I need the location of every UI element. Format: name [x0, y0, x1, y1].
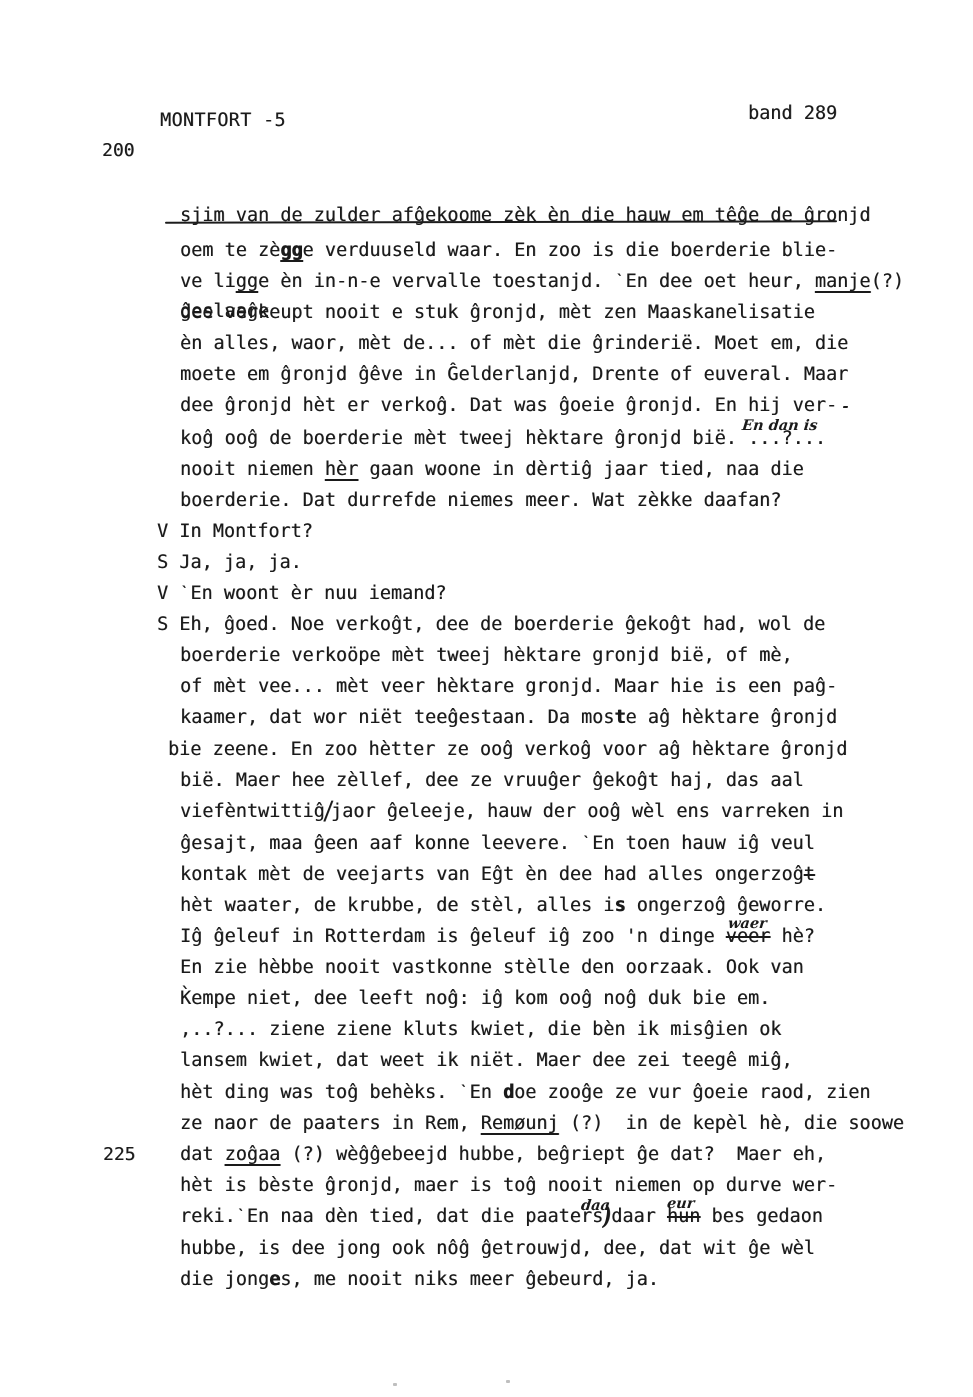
transcript-line: hèt waater, de krubbe, de stèl, alles is…: [180, 890, 904, 921]
transcript-line: boerderie. Dat durrefde niemes meer. Wat…: [180, 485, 904, 516]
scanned-document-page: MONTFORT -5 band 289 200 sjim van de zul…: [0, 0, 973, 1397]
band-number-label: band 289: [748, 103, 837, 124]
transcript-line: kaamer, dat wor niët teeĝestaan. Da most…: [180, 702, 904, 733]
transcript-line: lansem kwiet, dat weet ik niët. Maer dee…: [180, 1045, 904, 1076]
handwritten-annotation: daa: [580, 1199, 610, 1213]
text-segment: d: [503, 1082, 514, 1103]
annotated-word: veerwaer: [726, 921, 771, 952]
text-segment: t: [804, 864, 815, 885]
handwritten-mark: -: [837, 397, 848, 415]
transcript-line: ve ligge èn in-n-e vervalle toestanjd. ˋ…: [180, 266, 904, 297]
text-segment: Remøunj: [481, 1113, 559, 1134]
transcript-line: of mèt vee... mèt veer hèktare gronjd. M…: [180, 671, 904, 702]
transcript-body: oem te zègge verduuseld waar. En zoo is …: [180, 235, 904, 1295]
transcript-line: 225dat zoĝaa (?) wèĝĝebeejd hubbe, beĝri…: [180, 1139, 904, 1170]
transcript-line: nooit niemen hèr gaan woone in dèrtiĝ ja…: [180, 454, 904, 485]
transcript-line: viefèntwittiĝ/jaor ĝeleeje, hauw der ooĝ…: [180, 796, 904, 828]
intro-line: sjim van de zulder afĝekoome zèk èn die …: [180, 200, 871, 232]
transcript-line: ,..?... ziene ziene kluts kwiet, die bèn…: [180, 1014, 904, 1045]
transcript-line: bië. Maer hee zèllef, dee ze vruuĝer ĝek…: [180, 765, 904, 796]
handwritten-annotation: eur: [666, 1197, 695, 1211]
handwritten-annotation: En dan is: [741, 419, 818, 433]
annotated-word: ...?...En dan is: [748, 423, 826, 454]
transcript-line: ĝesajt, maa ĝeen aaf konne leevere. ˋEn …: [180, 828, 904, 859]
text-segment: gg: [236, 271, 258, 292]
transcript-line: hubbe, is dee jong ook nôĝ ĝetrouwjd, de…: [180, 1233, 904, 1264]
transcript-line: V In Montfort?: [157, 516, 904, 547]
transcript-line: èn alles, waor, mèt de... of mèt die ĝri…: [180, 328, 904, 359]
scan-artifact: [393, 1383, 397, 1386]
annotated-word: huneur: [667, 1201, 700, 1232]
transcript-line: dee verkeupt nooit e stuk ĝronjd, mèt ze…: [180, 297, 904, 328]
text-segment: s: [614, 895, 625, 916]
transcript-line: reki.ˋEn naa dèn tied, dat die paaters)d…: [180, 1201, 904, 1233]
annotated-word: )daa: [603, 1201, 611, 1233]
text-segment: hèr: [325, 459, 358, 480]
transcript-line: hèt ding was toĝ behèks. ˋEn doe zooĝe z…: [180, 1077, 904, 1108]
transcript-line: kontak mèt de veejarts van Eĝt èn dee ha…: [180, 859, 904, 890]
transcript-line: Iĝ ĝeleuf in Rotterdam is ĝeleuf iĝ zoo …: [180, 921, 904, 952]
transcript-line: boerderie verkoöpe mèt tweej hèktare gro…: [180, 640, 904, 671]
text-segment: gg: [280, 240, 302, 261]
transcript-line: koĝ ooĝ de boerderie mèt tweej hèktare ĝ…: [180, 423, 904, 454]
transcript-line: oem te zègge verduuseld waar. En zoo is …: [180, 235, 904, 266]
scan-artifact: [506, 1380, 510, 1383]
transcript-line: die jonges, me nooit niks meer ĝebeurd, …: [180, 1264, 904, 1295]
text-segment: t: [614, 707, 625, 728]
text-segment: zoĝaa: [225, 1144, 281, 1165]
text-segment: manje: [815, 271, 871, 292]
transcript-line: hèt is bèste ĝronjd, maer is toĝ nooit n…: [180, 1170, 904, 1201]
transcript-line: S Ja, ja, ja.: [157, 547, 904, 578]
transcript-line: moete em ĝronjd ĝêve in Ĝelderlanjd, Dre…: [180, 359, 904, 390]
transcript-line: bie zeene. En zoo hètter ze ooĝ verkoĝ v…: [168, 734, 904, 765]
transcript-line: K̀empe niet, dee leeft noĝ: iĝ kom ooĝ n…: [180, 983, 904, 1014]
transcript-line: S Eh, ĝoed. Noe verkoĝt, dee de boerderi…: [157, 609, 904, 640]
line-number-200: 200: [102, 140, 135, 161]
transcript-line: ze naor de paaters in Rem, Remøunj (?) i…: [180, 1108, 904, 1139]
handwritten-annotation: waer: [727, 917, 767, 931]
line-number-225: 225: [103, 1139, 136, 1170]
text-segment: e: [269, 1269, 280, 1290]
transcript-line: En zie hèbbe nooit vastkonne stèlle den …: [180, 952, 904, 983]
document-title: MONTFORT -5: [160, 110, 286, 131]
transcript-line: V ˋEn woont èr nuu iemand?: [157, 578, 904, 609]
